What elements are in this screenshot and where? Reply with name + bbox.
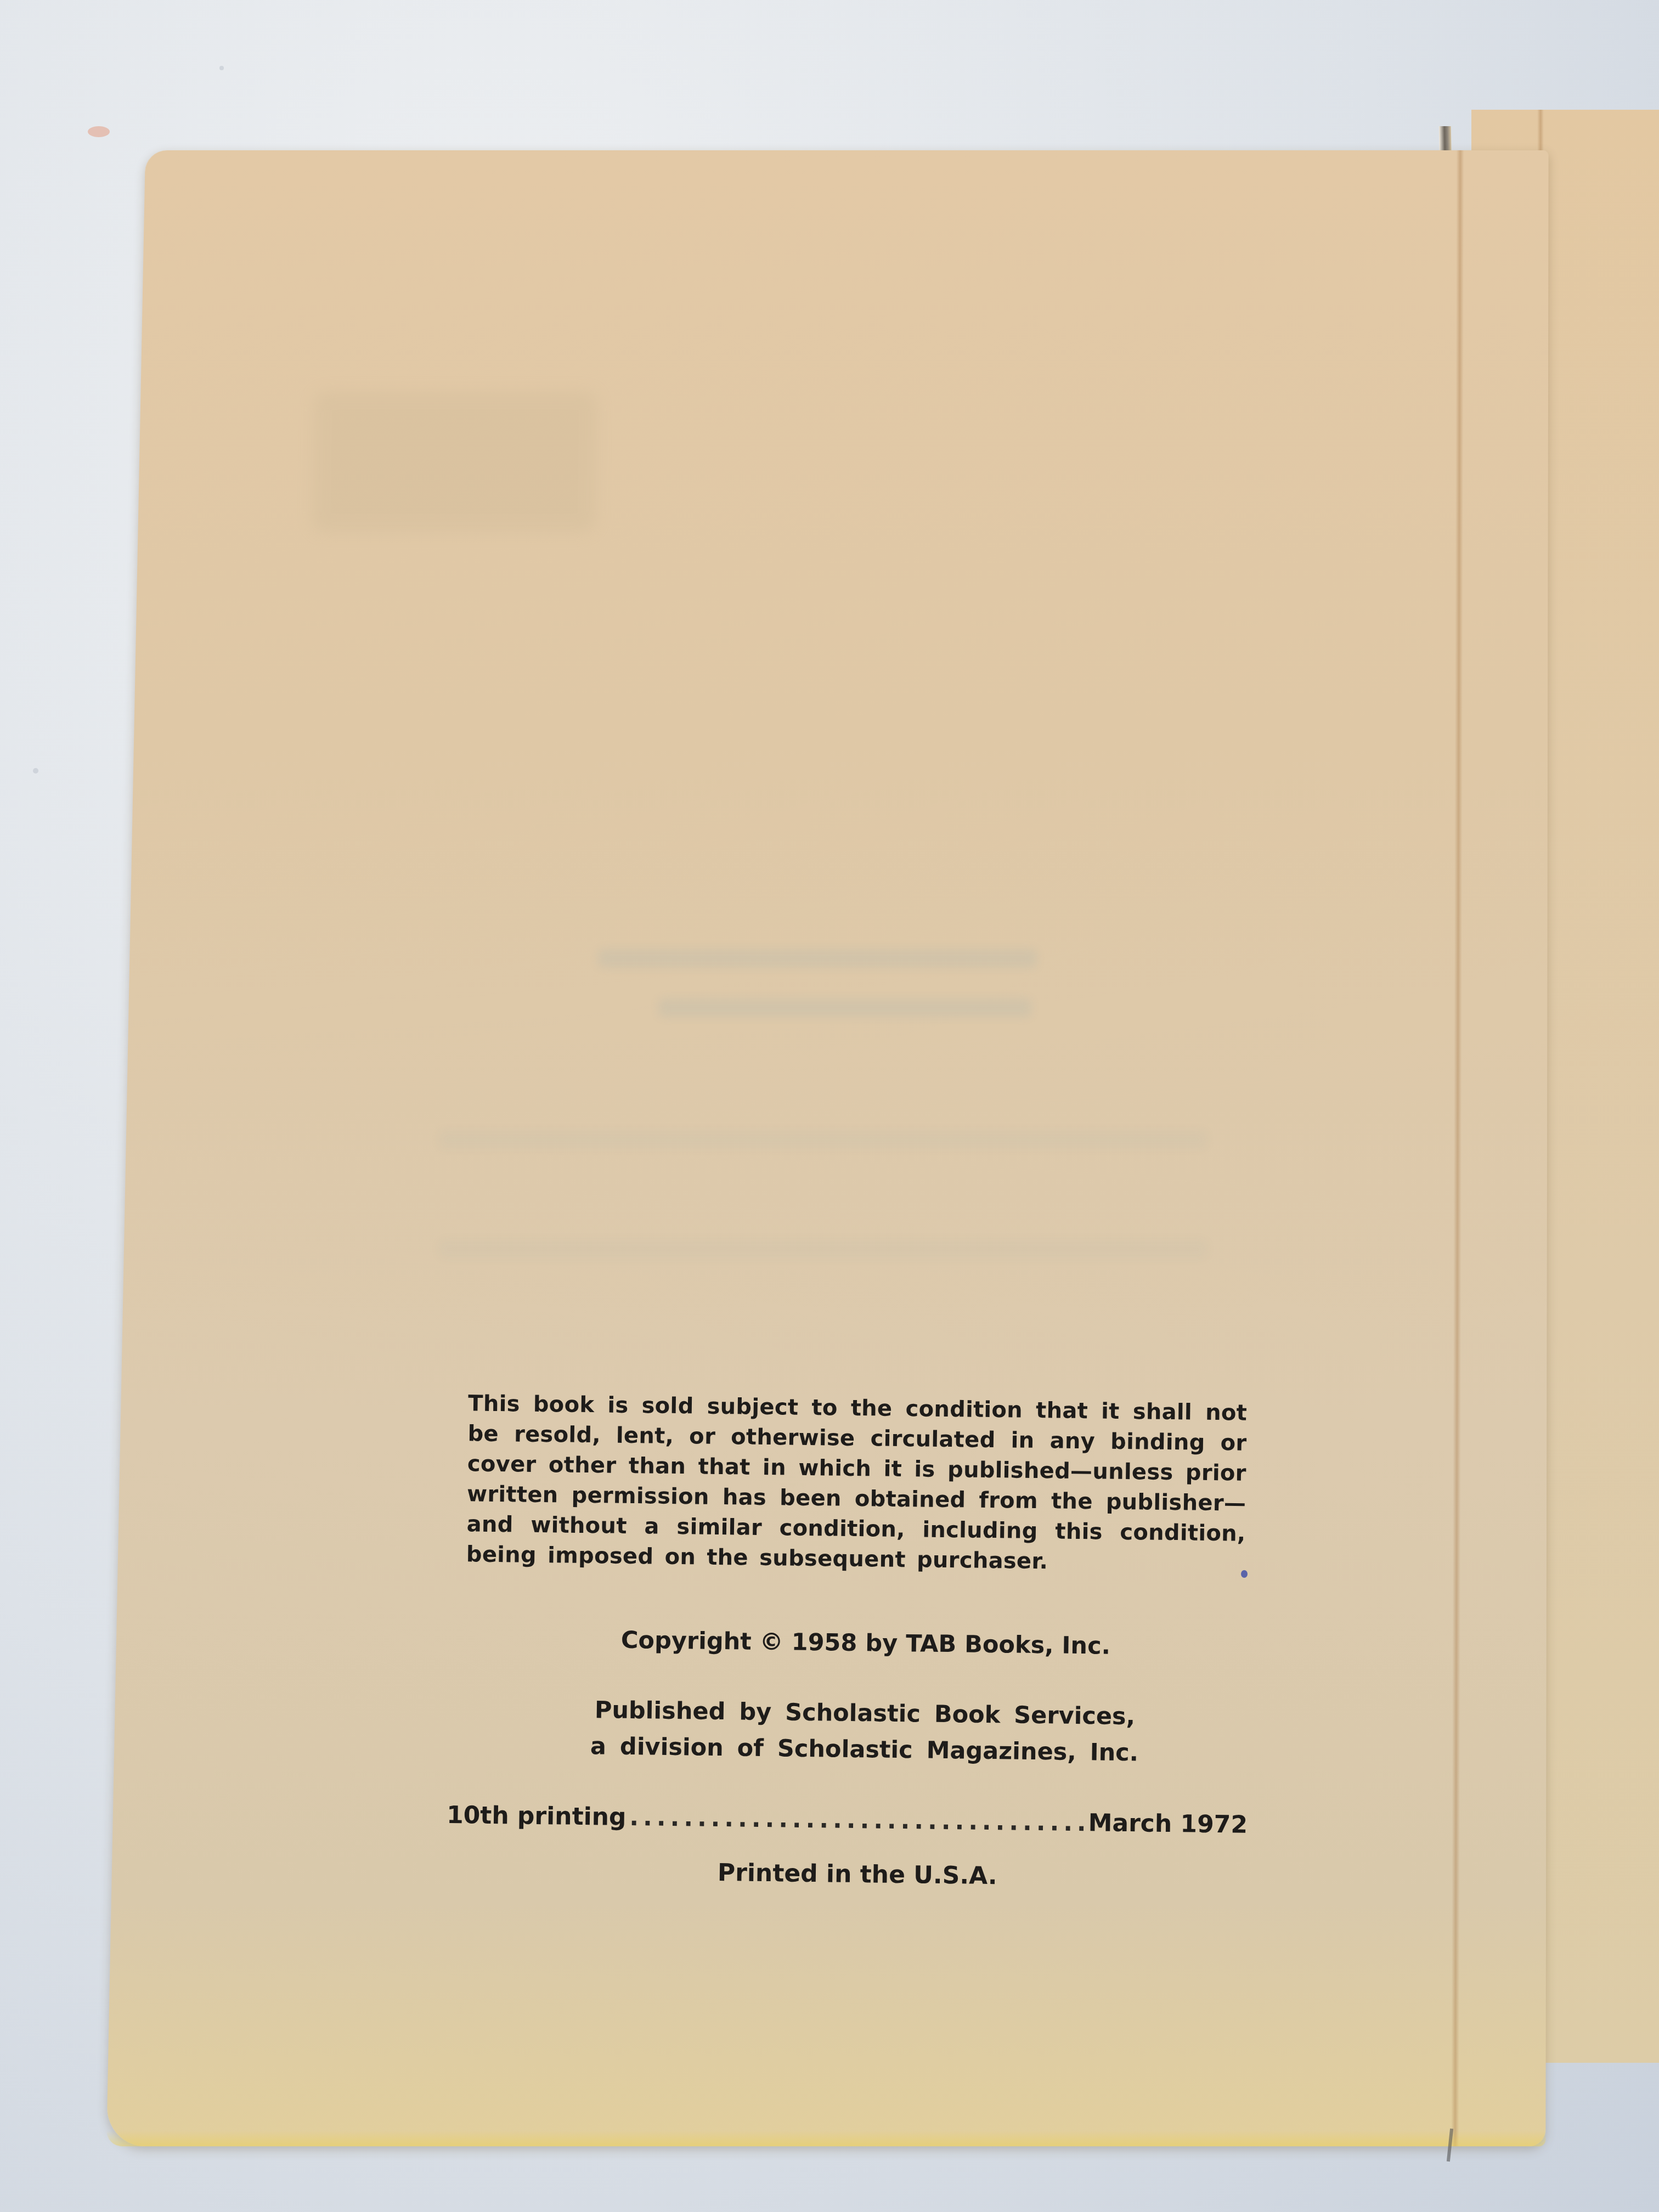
bleedthrough-line [598, 949, 1037, 968]
printing-edition: 10th printing [447, 1801, 627, 1831]
printing-row: 10th printing March 1972 [447, 1801, 1248, 1839]
printing-date: March 1972 [1088, 1809, 1248, 1839]
bleedthrough-line [439, 1130, 1207, 1149]
resale-notice: This book is sold subject to the conditi… [466, 1389, 1248, 1579]
bleedthrough-line [439, 1240, 1207, 1259]
page-crease [1451, 150, 1464, 2146]
surface-speck [33, 768, 38, 774]
surface-speck [219, 66, 224, 70]
bleedthrough-smudge [312, 392, 597, 532]
dot-leader [629, 1803, 1085, 1837]
surface-mark [88, 126, 110, 137]
bleedthrough-line [658, 998, 1031, 1017]
copyright-block: This book is sold subject to the conditi… [462, 1389, 1248, 1893]
ink-dot [1241, 1570, 1248, 1578]
publisher-info: Published by Scholastic Book Services, a… [486, 1691, 1244, 1773]
copyright-line: Copyright © 1958 by TAB Books, Inc. [487, 1625, 1245, 1662]
